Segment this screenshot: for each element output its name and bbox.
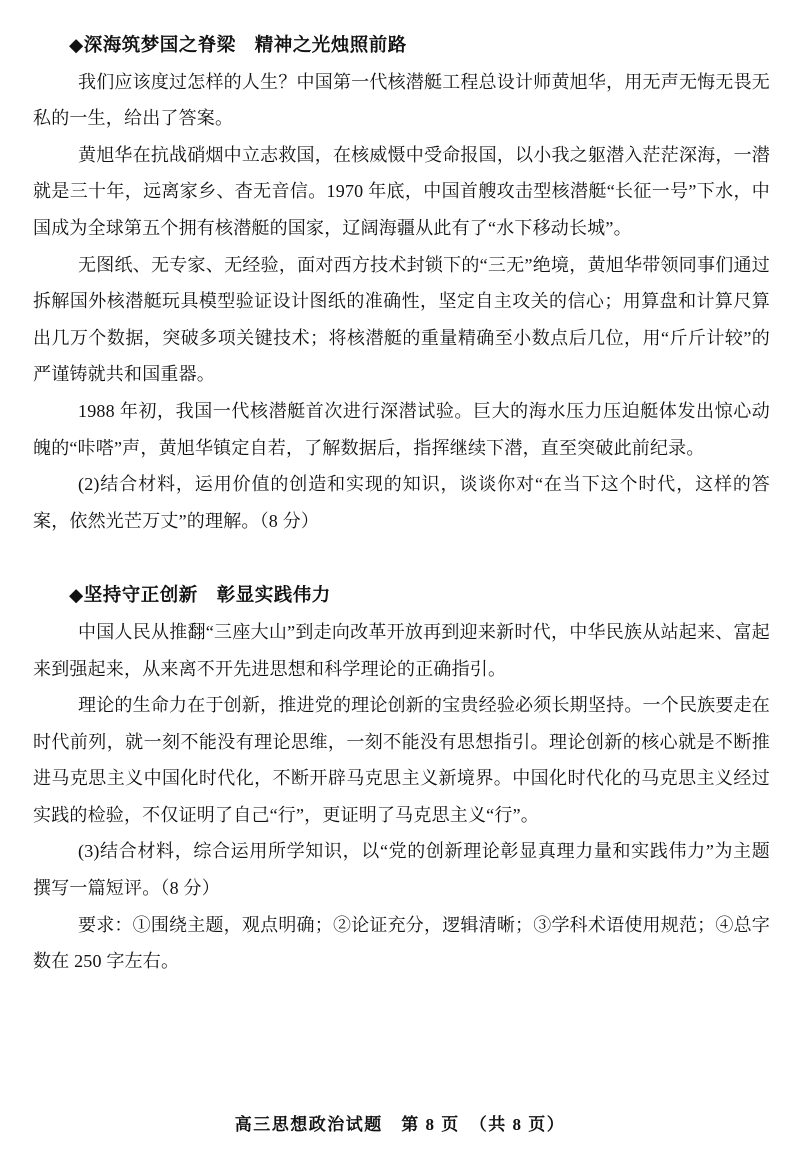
section-heading-deep-sea: ◆深海筑梦国之脊梁 精神之光烛照前路 (33, 27, 770, 64)
material-paragraph: 我们应该度过怎样的人生？中国第一代核潜艇工程总设计师黄旭华，用无声无悔无畏无私的… (33, 64, 770, 137)
question-requirements: 要求：①围绕主题，观点明确；②论证充分，逻辑清晰；③学科术语使用规范；④总字数在… (33, 907, 770, 980)
material-paragraph: 无图纸、无专家、无经验，面对西方技术封锁下的“三无”绝境，黄旭华带领同事们通过拆… (33, 247, 770, 393)
question-2: (2)结合材料，运用价值的创造和实现的知识，谈谈你对“在当下这个时代，这样的答案… (33, 466, 770, 539)
material-paragraph: 理论的生命力在于创新，推进党的理论创新的宝贵经验必须长期坚持。一个民族要走在时代… (33, 687, 770, 833)
page-content: ◆深海筑梦国之脊梁 精神之光烛照前路 我们应该度过怎样的人生？中国第一代核潜艇工… (0, 0, 800, 980)
page-footer: 高三思想政治试题 第 8 页 （共 8 页） (0, 1110, 800, 1135)
material-paragraph: 黄旭华在抗战硝烟中立志救国，在核威慑中受命报国，以小我之躯潜入茫茫深海，一潜就是… (33, 137, 770, 247)
question-3: (3)结合材料，综合运用所学知识，以“党的创新理论彰显真理力量和实践伟力”为主题… (33, 833, 770, 906)
material-paragraph: 1988 年初，我国一代核潜艇首次进行深潜试验。巨大的海水压力压迫艇体发出惊心动… (33, 393, 770, 466)
exam-page: ◆深海筑梦国之脊梁 精神之光烛照前路 我们应该度过怎样的人生？中国第一代核潜艇工… (0, 0, 800, 1171)
material-paragraph: 中国人民从推翻“三座大山”到走向改革开放再到迎来新时代，中华民族从站起来、富起来… (33, 614, 770, 687)
section-heading-innovation: ◆坚持守正创新 彰显实践伟力 (33, 577, 770, 614)
